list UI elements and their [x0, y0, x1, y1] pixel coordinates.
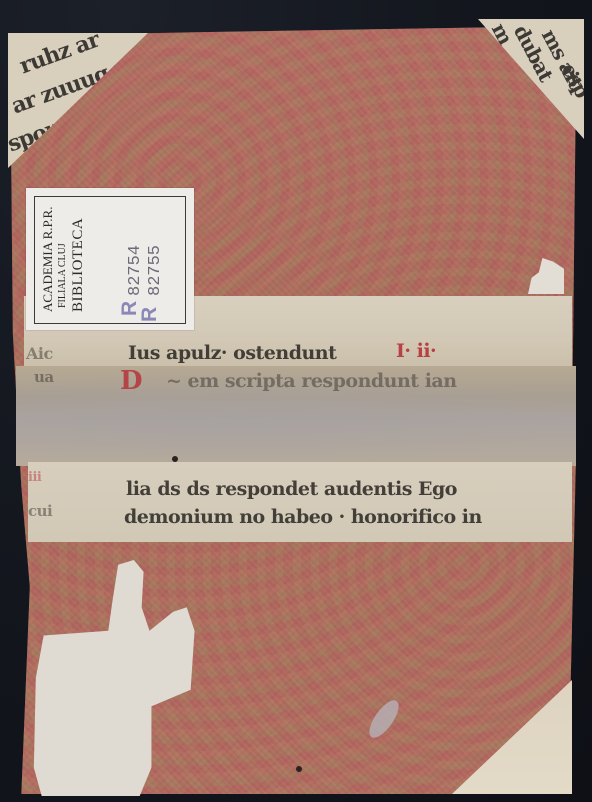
- manuscript-line: demonium no habeo · honorifico in: [124, 506, 482, 528]
- library-label: ACADEMIA R.P.R. FILIALA CLUJ BIBLIOTECA …: [26, 188, 194, 330]
- manuscript-line: lia ds ds respondet audentis Ego: [126, 478, 457, 500]
- call-number: 82755: [146, 245, 165, 296]
- label-library: BIBLIOTECA: [70, 218, 82, 312]
- label-institution: ACADEMIA R.P.R.: [40, 207, 52, 312]
- call-number: 82754: [126, 245, 145, 296]
- rubric-text: iii: [28, 470, 41, 485]
- fragment-text: ua: [34, 368, 54, 386]
- manuscript-line: ~ em scripta respondunt ian: [166, 370, 457, 392]
- manuscript-strip-lower: iii cui lia ds ds respondet audentis Ego…: [28, 462, 572, 542]
- fragment-text: Aic: [26, 344, 53, 363]
- manuscript-strip-spine: ua D ~ em scripta respondunt ian: [16, 366, 576, 466]
- rubric-text: I· ii·: [396, 340, 436, 362]
- manuscript-line: Ius apulz· ostendunt: [128, 342, 336, 364]
- ink-spot: [296, 766, 302, 772]
- rubric-initial: D: [120, 366, 142, 396]
- stamp-letter: R: [138, 307, 162, 322]
- fragment-text: cui: [28, 502, 52, 520]
